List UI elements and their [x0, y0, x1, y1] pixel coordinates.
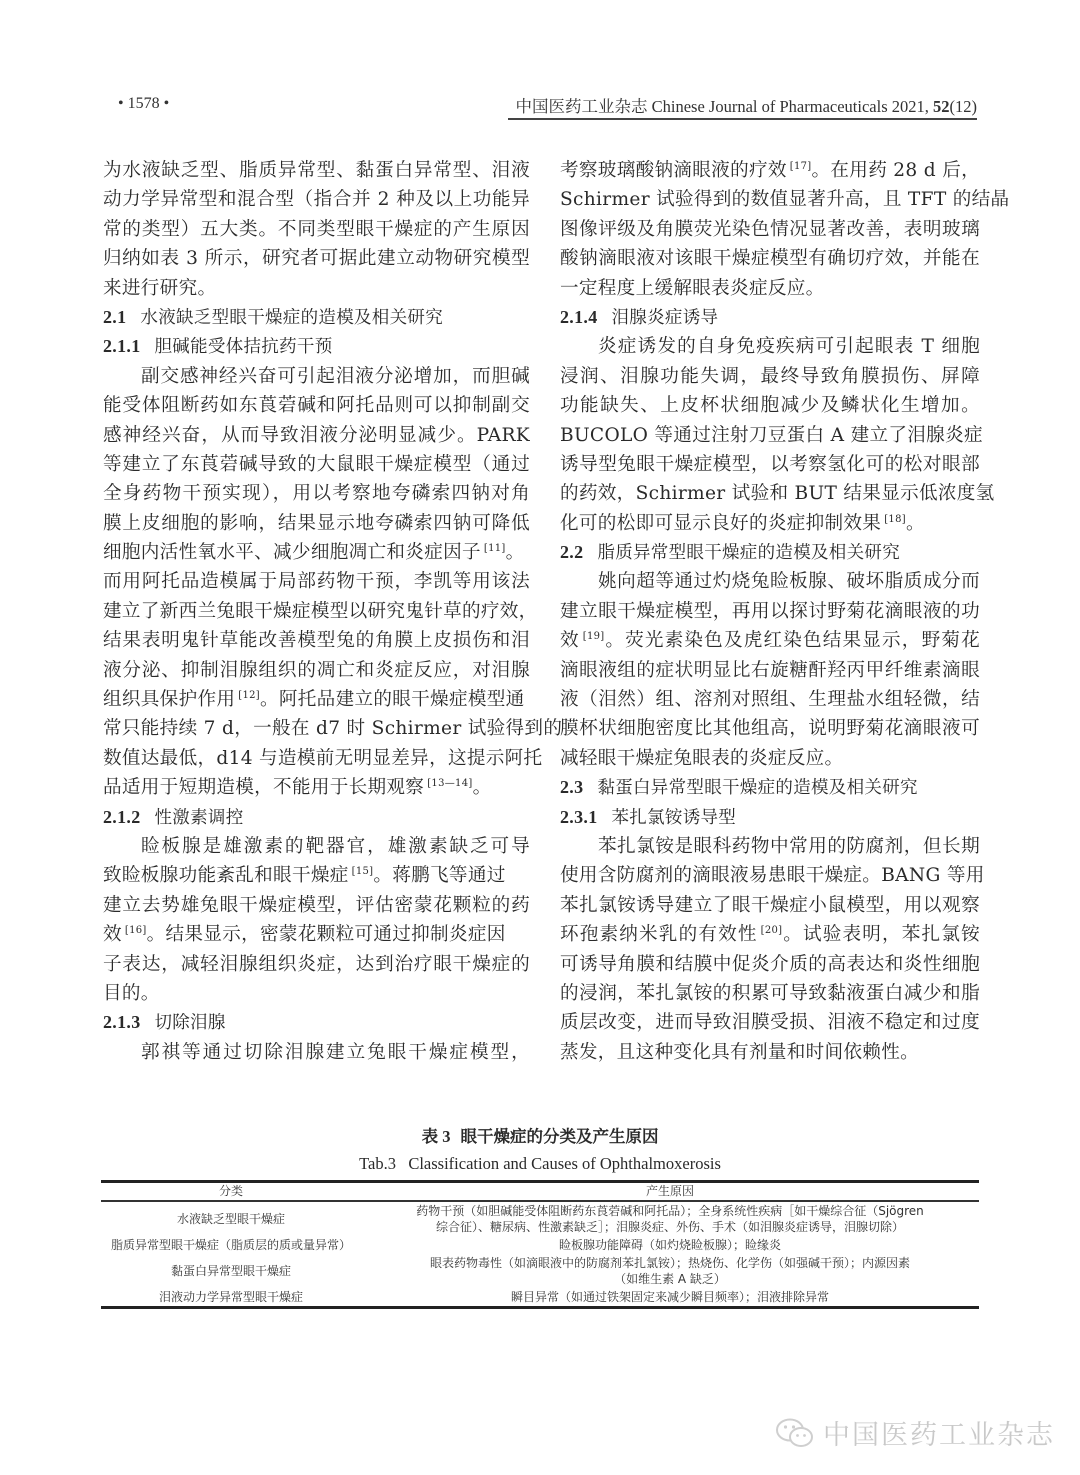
body-line: 常只能持续 7 d，一般在 d7 时 Schirmer 试验得到的: [103, 714, 530, 743]
body-line: 膜杯状细胞密度比其他组高，说明野菊花滴眼液可: [560, 714, 980, 743]
body-line-with-citation: 致睑板腺功能紊乱和眼干燥症[15]。蒋鹏飞等通过: [103, 861, 530, 890]
section-heading-2-1-1: 2.1.1胆碱能受体拮抗药干预: [103, 332, 530, 361]
body-line: 液分泌、抑制泪腺组织的凋亡和炎症反应，对泪腺: [103, 656, 530, 685]
body-line: 功能缺失、上皮杯状细胞减少及鳞状化生增加。: [560, 391, 980, 420]
table-header-row: 分类 产生原因: [101, 1182, 979, 1202]
body-line: 能受体阻断药如东莨菪碱和阿托品则可以抑制副交: [103, 391, 530, 420]
citation-18[interactable]: [18]: [884, 514, 906, 525]
body-line: 来进行研究。: [103, 274, 530, 303]
cell-causes: 药物干预（如胆碱能受体阻断药东莨菪碱和阿托品）；全身系统性疾病［如干燥综合征（S…: [361, 1201, 979, 1236]
body-line-with-citation: 考察玻璃酸钠滴眼液的疗效[17]。在用药 28 d 后，: [560, 156, 980, 185]
table-3: 表 3眼干燥症的分类及产生原因 Tab.3 Classification and…: [101, 1124, 979, 1309]
body-line: 建立去势雄兔眼干燥症模型，评估密蒙花颗粒的药: [103, 891, 530, 920]
body-line: 的浸润，苯扎氯铵的积累可导致黏液蛋白减少和脂: [560, 979, 980, 1008]
left-column: 为水液缺乏型、脂质异常型、黏蛋白异常型、泪液 动力学异常型和混合型（指合并 2 …: [103, 156, 530, 1067]
citation-11[interactable]: [11]: [484, 543, 506, 554]
body-line: 的药效，Schirmer 试验和 BUT 结果显示低浓度氢: [560, 479, 980, 508]
section-heading-2-3-1: 2.3.1苯扎氯铵诱导型: [560, 803, 980, 832]
journal-name-en: Chinese Journal of Pharmaceuticals: [652, 97, 888, 116]
body-line: BUCOLO 等通过注射刀豆蛋白 A 建立了泪腺炎症: [560, 421, 980, 450]
body-line: 郭祺等通过切除泪腺建立兔眼干燥症模型，: [103, 1038, 530, 1067]
watermark-text: 中国医药工业杂志: [823, 1413, 1055, 1452]
classification-table: 分类 产生原因 水液缺乏型眼干燥症 药物干预（如胆碱能受体阻断药东莨菪碱和阿托品…: [101, 1180, 979, 1309]
citation-13-14[interactable]: [13—14]: [427, 778, 472, 789]
body-line: 液（泪然）组、溶剂对照组、生理盐水组轻微，结: [560, 685, 980, 714]
body-line: 数值达最低，d14 与造模前无明显差异，这提示阿托: [103, 744, 530, 773]
body-line: 使用含防腐剂的滴眼液易患眼干燥症。BANG 等用: [560, 861, 980, 890]
section-heading-2-2: 2.2脂质异常型眼干燥症的造模及相关研究: [560, 538, 980, 567]
body-line: 可诱导角膜和结膜中促炎介质的高表达和炎性细胞: [560, 950, 980, 979]
body-line: 苯扎氯铵是眼科药物中常用的防腐剂，但长期: [560, 832, 980, 861]
cell-category: 泪液动力学异常型眼干燥症: [101, 1288, 361, 1308]
section-heading-2-3: 2.3黏蛋白异常型眼干燥症的造模及相关研究: [560, 773, 980, 802]
section-heading-2-1-2: 2.1.2性激素调控: [103, 803, 530, 832]
right-column: 考察玻璃酸钠滴眼液的疗效[17]。在用药 28 d 后， Schirmer 试验…: [560, 156, 980, 1067]
page-number: • 1578 •: [118, 95, 169, 113]
section-heading-2-1-3: 2.1.3切除泪腺: [103, 1008, 530, 1037]
body-line: 而用阿托品造模属于局部药物干预，李凯等用该法: [103, 567, 530, 596]
body-line: 诱导型兔眼干燥症模型，以考察氢化可的松对眼部: [560, 450, 980, 479]
body-line: 姚向超等通过灼烧兔睑板腺、破坏脂质成分而: [560, 567, 980, 596]
body-line: 质层改变，进而导致泪膜受损、泪液不稳定和过度: [560, 1008, 980, 1037]
table-caption-zh: 表 3眼干燥症的分类及产生原因: [101, 1124, 979, 1150]
body-line: 动力学异常型和混合型（指合并 2 种及以上功能异: [103, 185, 530, 214]
body-line-with-citation: 品适用于短期造模，不能用于长期观察[13—14]。: [103, 773, 530, 802]
cell-causes: 睑板腺功能障碍（如灼烧睑板腺）；睑缘炎: [361, 1236, 979, 1254]
body-line-with-citation: 化可的松即可显示良好的炎症抑制效果[18]。: [560, 509, 980, 538]
journal-year: 2021,: [892, 97, 929, 116]
table-row: 脂质异常型眼干燥症（脂质层的质或量异常） 睑板腺功能障碍（如灼烧睑板腺）；睑缘炎: [101, 1236, 979, 1254]
body-line: 建立眼干燥症模型，再用以探讨野菊花滴眼液的功: [560, 597, 980, 626]
body-line: 减轻眼干燥症兔眼表的炎症反应。: [560, 744, 980, 773]
body-line: 目的。: [103, 979, 530, 1008]
cell-causes: 眼表药物毒性（如滴眼液中的防腐剂苯扎氯铵）；热烧伤、化学伤（如强碱干预）；内源因…: [361, 1254, 979, 1288]
body-line: 蒸发，且这种变化具有剂量和时间依赖性。: [560, 1038, 980, 1067]
citation-16[interactable]: [16]: [125, 925, 147, 936]
section-heading-2-1-4: 2.1.4泪腺炎症诱导: [560, 303, 980, 332]
citation-15[interactable]: [15]: [352, 866, 374, 877]
body-line: 常的类型）五大类。不同类型眼干燥症的产生原因: [103, 215, 530, 244]
table-row: 黏蛋白异常型眼干燥症 眼表药物毒性（如滴眼液中的防腐剂苯扎氯铵）；热烧伤、化学伤…: [101, 1254, 979, 1288]
body-line: 睑板腺是雄激素的靶器官，雄激素缺乏可导: [103, 832, 530, 861]
table-row: 泪液动力学异常型眼干燥症 瞬目异常（如通过铁架固定来减少瞬目频率）；泪液排除异常: [101, 1288, 979, 1308]
body-line-with-citation: 效[16]。结果显示，密蒙花颗粒可通过抑制炎症因: [103, 920, 530, 949]
body-line: 苯扎氯铵诱导建立了眼干燥症小鼠模型，用以观察: [560, 891, 980, 920]
running-header: 中国医药工业杂志 Chinese Journal of Pharmaceutic…: [516, 93, 977, 117]
body-line: Schirmer 试验得到的数值显著升高，且 TFT 的结晶: [560, 185, 980, 214]
body-line: 为水液缺乏型、脂质异常型、黏蛋白异常型、泪液: [103, 156, 530, 185]
citation-17[interactable]: [17]: [790, 161, 812, 172]
body-line: 酸钠滴眼液对该眼干燥症模型有确切疗效，并能在: [560, 244, 980, 273]
wechat-icon: [775, 1417, 815, 1449]
wechat-watermark: 中国医药工业杂志: [775, 1413, 1055, 1452]
body-line: 膜上皮细胞的影响，结果显示地夸磷索四钠可降低: [103, 509, 530, 538]
body-line: 子表达，减轻泪腺组织炎症，达到治疗眼干燥症的: [103, 950, 530, 979]
column-header-causes: 产生原因: [361, 1182, 979, 1202]
cell-category: 水液缺乏型眼干燥症: [101, 1201, 361, 1236]
section-heading-2-1: 2.1水液缺乏型眼干燥症的造模及相关研究: [103, 303, 530, 332]
body-line: 浸润、泪腺功能失调，最终导致角膜损伤、屏障: [560, 362, 980, 391]
cell-causes: 瞬目异常（如通过铁架固定来减少瞬目频率）；泪液排除异常: [361, 1288, 979, 1308]
body-line-with-citation: 效[19]。荧光素染色及虎红染色结果显示，野菊花: [560, 626, 980, 655]
journal-name-zh: 中国医药工业杂志: [516, 97, 648, 116]
header-rule: [508, 118, 977, 120]
body-line: 图像评级及角膜荧光染色情况显著改善，表明玻璃: [560, 215, 980, 244]
journal-volume: 52: [933, 97, 950, 116]
cell-category: 脂质异常型眼干燥症（脂质层的质或量异常）: [101, 1236, 361, 1254]
citation-12[interactable]: [12]: [238, 690, 260, 701]
body-line: 炎症诱发的自身免疫疾病可引起眼表 T 细胞: [560, 332, 980, 361]
body-line: 归纳如表 3 所示，研究者可据此建立动物研究模型: [103, 244, 530, 273]
body-line: 结果表明鬼针草能改善模型兔的角膜上皮损伤和泪: [103, 626, 530, 655]
body-line: 建立了新西兰兔眼干燥症模型以研究鬼针草的疗效，: [103, 597, 530, 626]
body-line: 一定程度上缓解眼表炎症反应。: [560, 274, 980, 303]
citation-19[interactable]: [19]: [583, 631, 605, 642]
table-caption-en: Tab.3 Classification and Causes of Ophth…: [101, 1152, 979, 1176]
citation-20[interactable]: [20]: [761, 925, 783, 936]
body-line-with-citation: 细胞内活性氧水平、减少细胞凋亡和炎症因子[11]。: [103, 538, 530, 567]
body-line: 全身药物干预实现），用以考察地夸磷索四钠对角: [103, 479, 530, 508]
table-row: 水液缺乏型眼干燥症 药物干预（如胆碱能受体阻断药东莨菪碱和阿托品）；全身系统性疾…: [101, 1201, 979, 1236]
cell-category: 黏蛋白异常型眼干燥症: [101, 1254, 361, 1288]
body-line: 滴眼液组的症状明显比右旋糖酐羟丙甲纤维素滴眼: [560, 656, 980, 685]
body-line: 副交感神经兴奋可引起泪液分泌增加，而胆碱: [103, 362, 530, 391]
journal-issue: (12): [950, 97, 978, 116]
body-line: 等建立了东莨菪碱导致的大鼠眼干燥症模型（通过: [103, 450, 530, 479]
body-line-with-citation: 组织具保护作用[12]。阿托品建立的眼干燥症模型通: [103, 685, 530, 714]
column-header-category: 分类: [101, 1182, 361, 1202]
body-line: 感神经兴奋，从而导致泪液分泌明显减少。PARK: [103, 421, 530, 450]
body-line-with-citation: 环孢素纳米乳的有效性[20]。试验表明，苯扎氯铵: [560, 920, 980, 949]
